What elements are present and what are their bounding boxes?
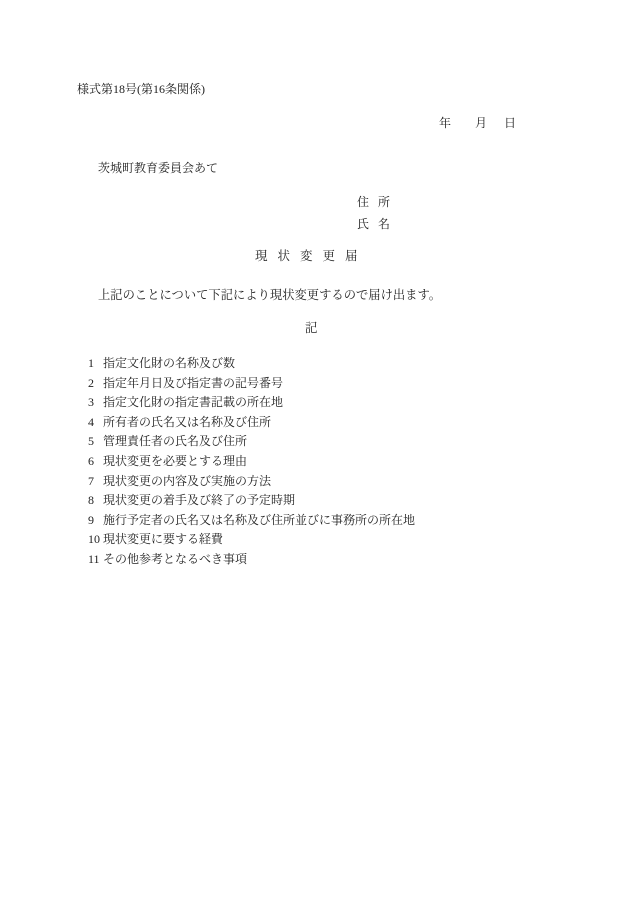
list-item-text: 指定文化財の指定書記載の所在地 — [103, 396, 283, 408]
document-title: 現状変更届 — [255, 250, 368, 263]
list-item-text: 現状変更に要する経費 — [103, 533, 223, 545]
list-item-text: 所有者の氏名又は名称及び住所 — [103, 416, 271, 428]
date-day-label: 日 — [504, 117, 516, 129]
list-item-text: 指定年月日及び指定書の記号番号 — [103, 377, 283, 389]
list-item: 1 指定文化財の名称及び数 — [88, 357, 415, 377]
addressee: 茨城町教育委員会あて — [98, 162, 218, 174]
list-item: 6 現状変更を必要とする理由 — [88, 455, 415, 475]
list-item: 5 管理責任者の氏名及び住所 — [88, 435, 415, 455]
list-item: 3 指定文化財の指定書記載の所在地 — [88, 396, 415, 416]
document-page: 様式第18号(第16条関係) 年 月 日 茨城町教育委員会あて 住所 氏名 現状… — [0, 0, 630, 903]
list-item: 11 その他参考となるべき事項 — [88, 553, 415, 573]
date-year-label: 年 — [439, 117, 451, 129]
list-item-text: 施行予定者の氏名又は名称及び住所並びに事務所の所在地 — [103, 514, 415, 526]
list-item: 4 所有者の氏名又は名称及び住所 — [88, 416, 415, 436]
list-item-text: 指定文化財の名称及び数 — [103, 357, 235, 369]
list-item: 9 施行予定者の氏名又は名称及び住所並びに事務所の所在地 — [88, 514, 415, 534]
list-item-number: 9 — [88, 514, 103, 526]
list-item-number: 6 — [88, 455, 103, 467]
list-item-text: 現状変更の着手及び終了の予定時期 — [103, 494, 295, 506]
list-item: 8 現状変更の着手及び終了の予定時期 — [88, 494, 415, 514]
record-marker: 記 — [305, 322, 318, 335]
list-item-number: 5 — [88, 435, 103, 447]
list-item-number: 2 — [88, 377, 103, 389]
list-item-number: 1 — [88, 357, 103, 369]
date-month-label: 月 — [475, 117, 487, 129]
list-item-text: 現状変更の内容及び実施の方法 — [103, 475, 271, 487]
sender-name-label: 氏名 — [357, 218, 399, 230]
form-number: 様式第18号(第16条関係) — [77, 83, 205, 95]
list-item-number: 10 — [88, 533, 103, 545]
list-item-number: 7 — [88, 475, 103, 487]
list-item-text: その他参考となるべき事項 — [103, 553, 247, 565]
body-text: 上記のことについて下記により現状変更するので届け出ます。 — [98, 289, 441, 301]
list-item-number: 3 — [88, 396, 103, 408]
item-list: 1 指定文化財の名称及び数 2 指定年月日及び指定書の記号番号 3 指定文化財の… — [88, 357, 415, 573]
list-item-number: 8 — [88, 494, 103, 506]
list-item: 2 指定年月日及び指定書の記号番号 — [88, 377, 415, 397]
list-item-text: 現状変更を必要とする理由 — [103, 455, 247, 467]
list-item-number: 11 — [88, 553, 103, 565]
list-item: 10 現状変更に要する経費 — [88, 533, 415, 553]
list-item-text: 管理責任者の氏名及び住所 — [103, 435, 247, 447]
list-item: 7 現状変更の内容及び実施の方法 — [88, 475, 415, 495]
date-line: 年 月 日 — [439, 117, 516, 129]
sender-address-label: 住所 — [357, 196, 399, 208]
list-item-number: 4 — [88, 416, 103, 428]
